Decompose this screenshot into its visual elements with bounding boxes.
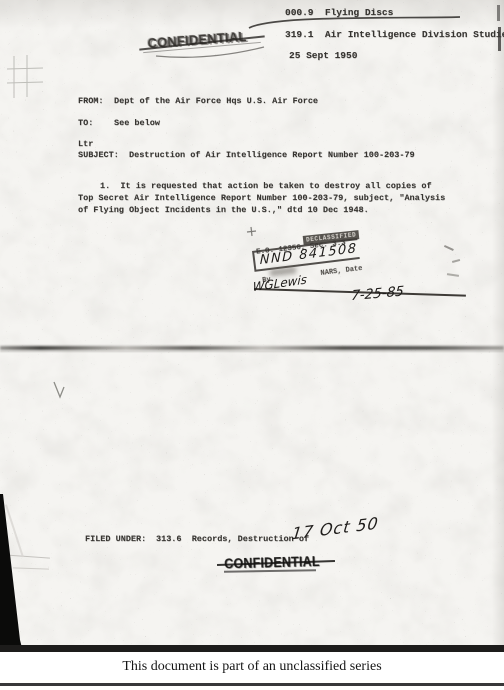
stamp-cancel-swoosh: [148, 44, 272, 62]
filed-under-label: FILED UNDER:: [85, 534, 146, 544]
body-line-2: Top Secret Air Intelligence Report Numbe…: [78, 193, 445, 203]
header-underline: [246, 14, 464, 30]
pencil-grid-mark: [5, 52, 51, 104]
to-value: See below: [114, 118, 160, 128]
pen-cross-mark: [246, 226, 258, 238]
body-line-3: of Flying Object Incidents in the U.S.,"…: [78, 205, 369, 215]
caption-bottom-rule: [0, 683, 504, 686]
scan-bottom-edge: [0, 645, 504, 652]
caption-text: This document is part of an unclassified…: [0, 659, 504, 675]
crease-line: [4, 554, 50, 558]
subject-label: SUBJECT:: [78, 150, 119, 160]
right-edge-shade: [492, 0, 504, 652]
edge-tick-top-right: [497, 5, 500, 21]
stray-mark: [444, 245, 454, 251]
declassified-hand-date: 7-25-85: [351, 283, 405, 304]
edge-tick-right: [498, 27, 501, 51]
fold-line: [0, 346, 504, 350]
to-label: TO:: [78, 118, 93, 128]
scanned-document-page: 000.9 Flying Discs 319.1 Air Intelligenc…: [0, 0, 504, 690]
letter-type-label: Ltr: [78, 139, 93, 149]
document-date: 25 Sept 1950: [289, 50, 357, 61]
stray-mark: [452, 259, 460, 263]
stamp-underline-bottom: [224, 569, 316, 572]
filed-under-value: 313.6 Records, Destruction of: [156, 534, 309, 544]
filed-under-handwritten-date: 17 Oct 50: [291, 513, 380, 543]
scan-paper-area: 000.9 Flying Discs 319.1 Air Intelligenc…: [0, 0, 504, 652]
caption-bar: This document is part of an unclassified…: [0, 652, 504, 690]
stray-mark: [447, 273, 459, 276]
fold-line-echo: [0, 351, 504, 352]
from-label: FROM:: [78, 96, 104, 106]
left-tear-shadow: [0, 494, 23, 652]
crease-line: [13, 567, 49, 569]
body-line-1: 1. It is requested that action be taken …: [100, 181, 432, 191]
pen-check-mark: [48, 378, 70, 402]
file-number-secondary: 319.1 Air Intelligence Division Studie: [285, 29, 504, 40]
from-value: Dept of the Air Force Hqs U.S. Air Force: [114, 96, 318, 106]
subject-value: Destruction of Air Intelligence Report N…: [129, 150, 415, 160]
